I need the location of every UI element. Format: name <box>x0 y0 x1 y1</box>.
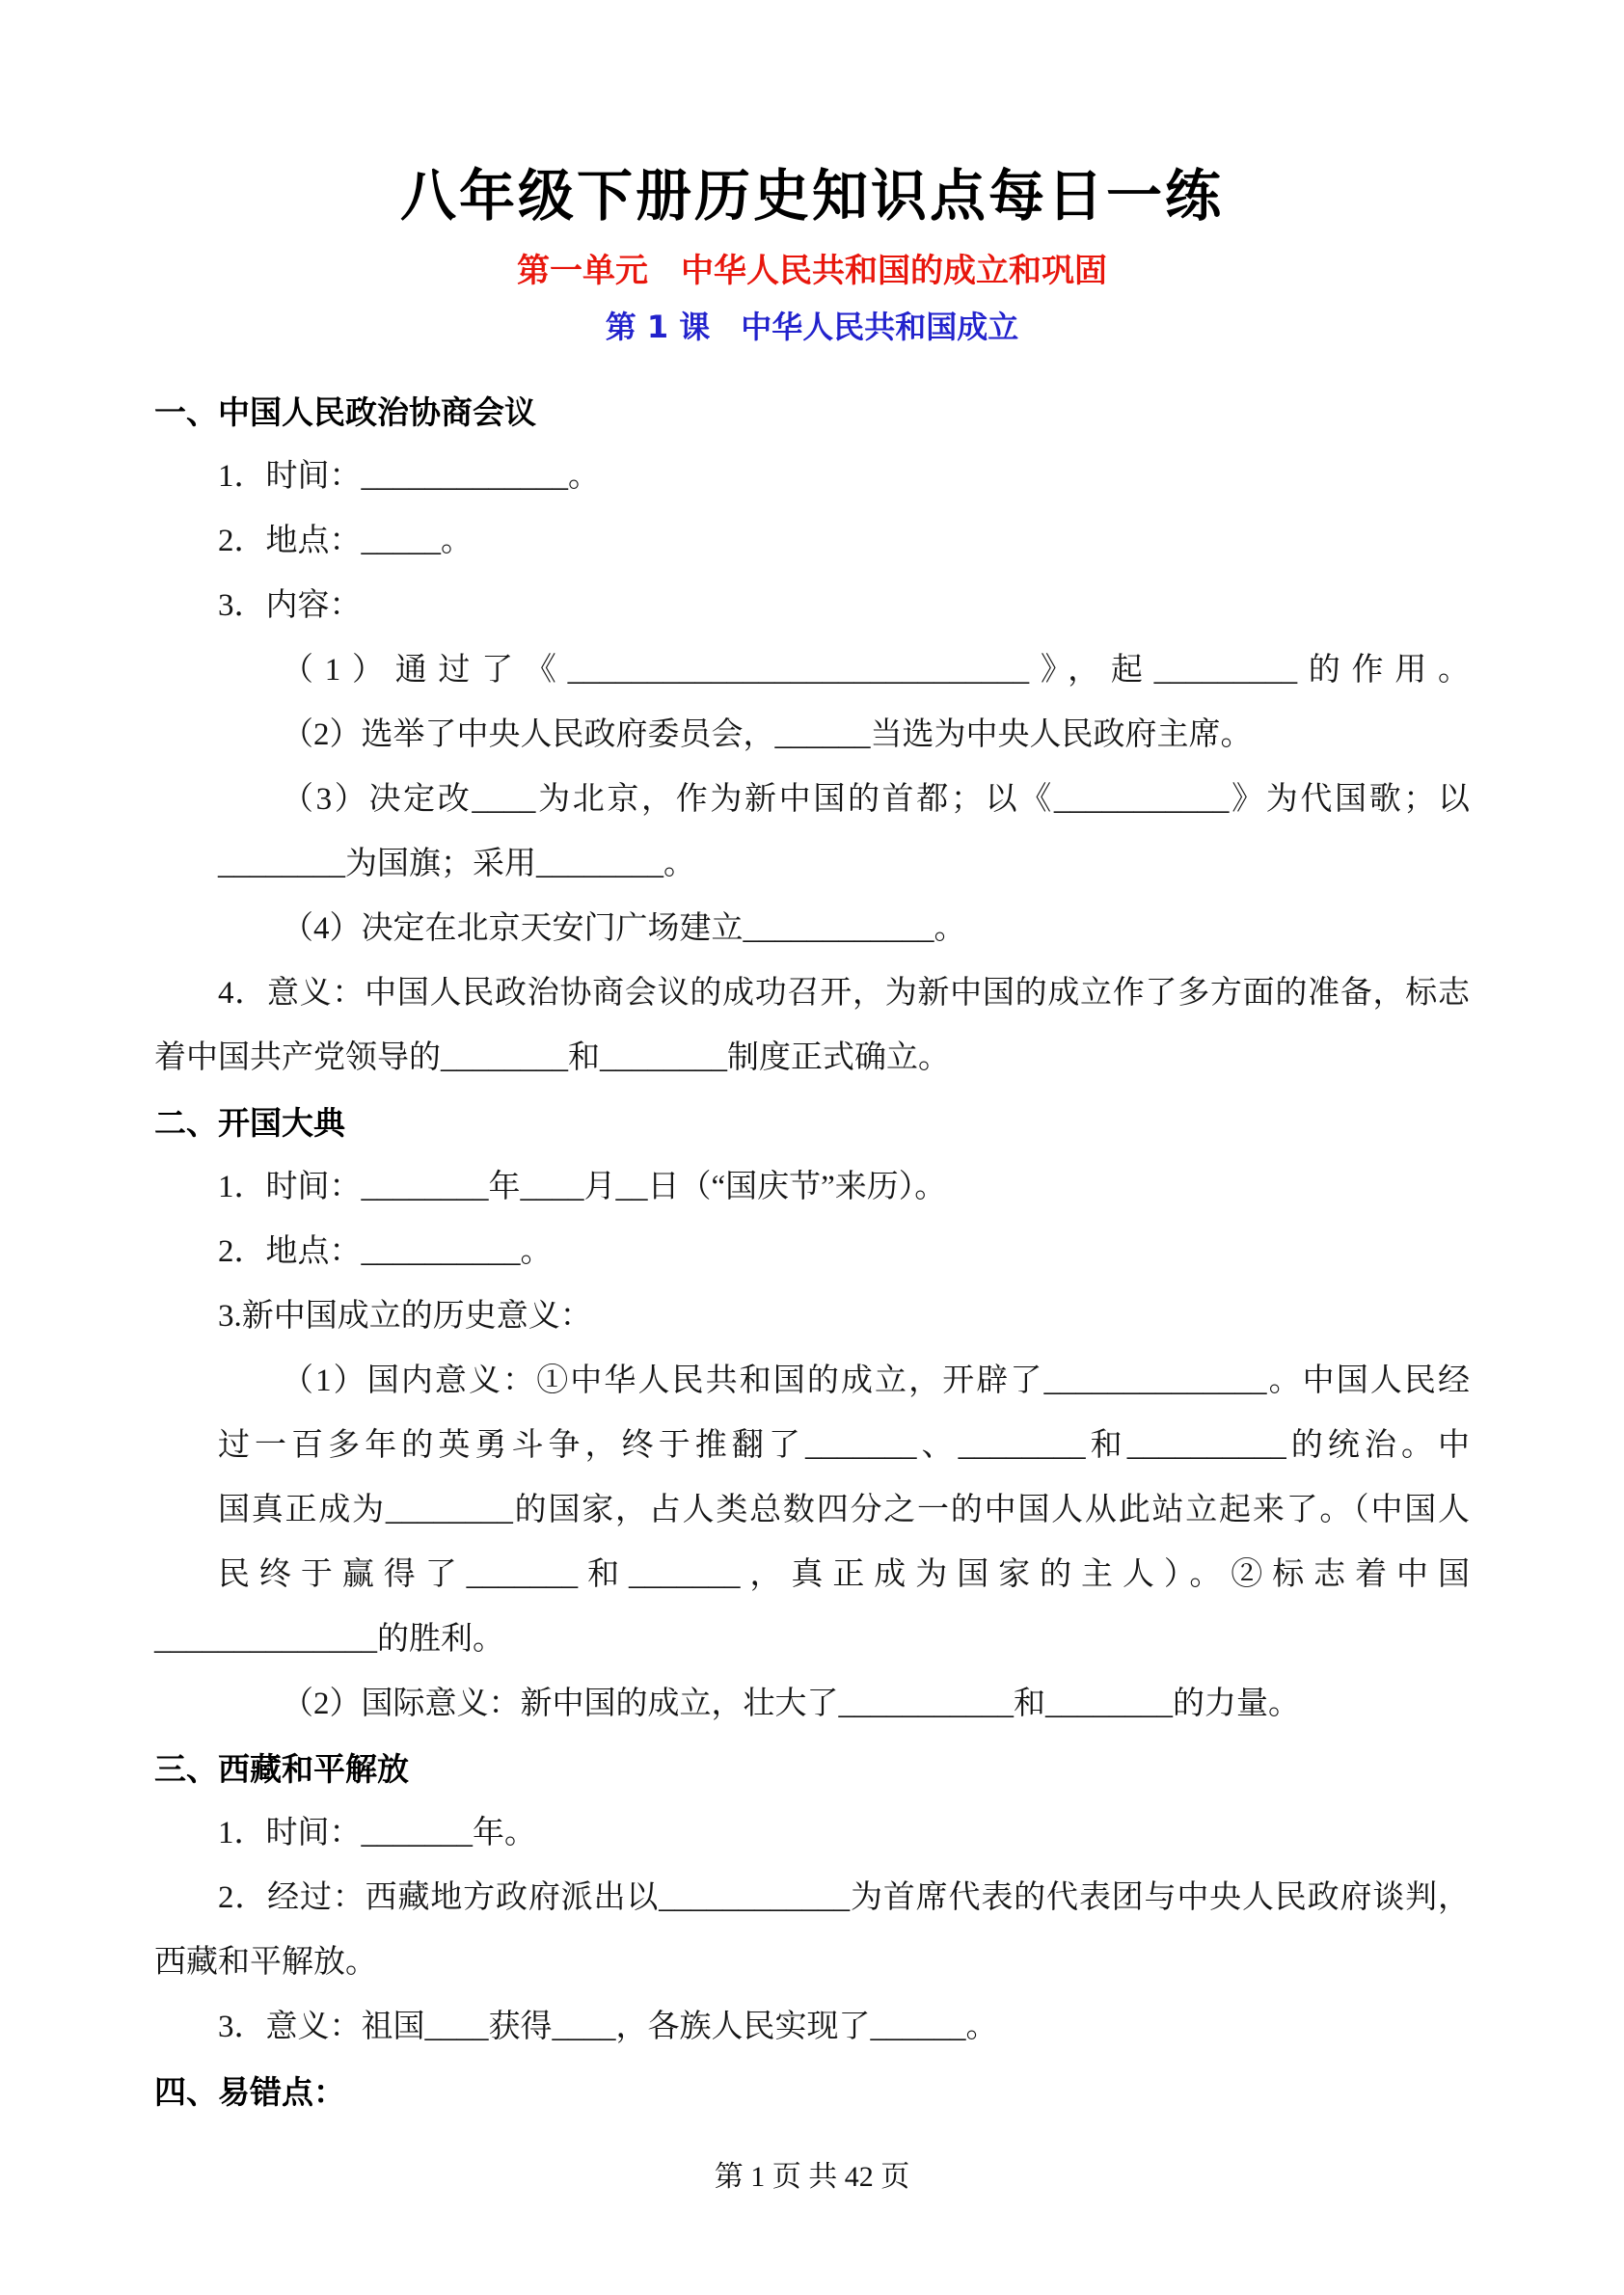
section2-item3-domestic-line4: 民终于赢得了_______和_______，真正成为国家的主人）。②标志着中国 <box>154 1543 1470 1607</box>
section1-item4-meaning-line1: 4．意义：中国人民政治协商会议的成功召开，为新中国的成立作了多方面的准备，标志 <box>154 961 1470 1026</box>
lesson-heading: 第 1 课 中华人民共和国成立 <box>154 306 1470 348</box>
section2-item3-domestic-line5: ______________的胜利。 <box>154 1607 1470 1672</box>
section3-item2-process-line2: 西藏和平解放。 <box>154 1930 1470 1995</box>
section1-item3-point4: （4）决定在北京天安门广场建立____________。 <box>154 897 1470 961</box>
page-content: 八年级下册历史知识点每日一练 第一单元 中华人民共和国的成立和巩固 第 1 课 … <box>0 0 1624 2124</box>
section2-item3-international: （2）国际意义：新中国的成立，壮大了___________和________的力… <box>154 1672 1470 1737</box>
section1-item3-point3-line1: （3）决定改____为北京，作为新中国的首都；以《___________》为代国… <box>154 768 1470 832</box>
section1-item3-point3-line2: ________为国旗；采用________。 <box>154 832 1470 897</box>
section1-item2-place-blank: 2．地点：_____。 <box>154 509 1470 574</box>
section3-heading: 三、西藏和平解放 <box>154 1737 1470 1801</box>
section1-item3-point1: （1）通过了《_____________________________》，起_… <box>154 638 1470 703</box>
section1-item1-time-blank: 1．时间：_____________。 <box>154 445 1470 509</box>
section4-heading: 四、易错点： <box>154 2060 1470 2124</box>
section3-item2-process-line1: 2．经过：西藏地方政府派出以____________为首席代表的代表团与中央人民… <box>154 1866 1470 1930</box>
section2-item3-label: 3.新中国成立的历史意义： <box>154 1284 1470 1349</box>
document-title: 八年级下册历史知识点每日一练 <box>154 159 1470 232</box>
page-number-footer: 第 1 页 共 42 页 <box>0 2156 1624 2199</box>
section2-item1-time-blank: 1．时间：________年____月__日（“国庆节”来历）。 <box>154 1155 1470 1220</box>
worksheet-body: 一、中国人民政治协商会议 1．时间：_____________。 2．地点：__… <box>154 380 1470 2124</box>
worksheet-page: 八年级下册历史知识点每日一练 第一单元 中华人民共和国的成立和巩固 第 1 课 … <box>0 0 1624 2295</box>
section1-item4-meaning-line2: 着中国共产党领导的________和________制度正式确立。 <box>154 1026 1470 1091</box>
section1-item3-content-label: 3．内容： <box>154 574 1470 638</box>
section2-item3-domestic-line2: 过一百多年的英勇斗争，终于推翻了_______、________和_______… <box>154 1414 1470 1478</box>
section1-heading: 一、中国人民政治协商会议 <box>154 380 1470 445</box>
section2-item3-domestic-line1: （1）国内意义：①中华人民共和国的成立，开辟了______________。中国… <box>154 1349 1470 1414</box>
section2-heading: 二、开国大典 <box>154 1091 1470 1155</box>
section2-item3-domestic-line3: 国真正成为________的国家，占人类总数四分之一的中国人从此站立起来了。（中… <box>154 1478 1470 1543</box>
section2-item2-place-blank: 2．地点：__________。 <box>154 1220 1470 1284</box>
section1-item3-point2: （2）选举了中央人民政府委员会，______当选为中央人民政府主席。 <box>154 703 1470 768</box>
section3-item3-meaning: 3．意义：祖国____获得____，各族人民实现了______。 <box>154 1995 1470 2060</box>
section3-item1-time-blank: 1．时间：_______年。 <box>154 1801 1470 1866</box>
unit-heading: 第一单元 中华人民共和国的成立和巩固 <box>154 250 1470 292</box>
